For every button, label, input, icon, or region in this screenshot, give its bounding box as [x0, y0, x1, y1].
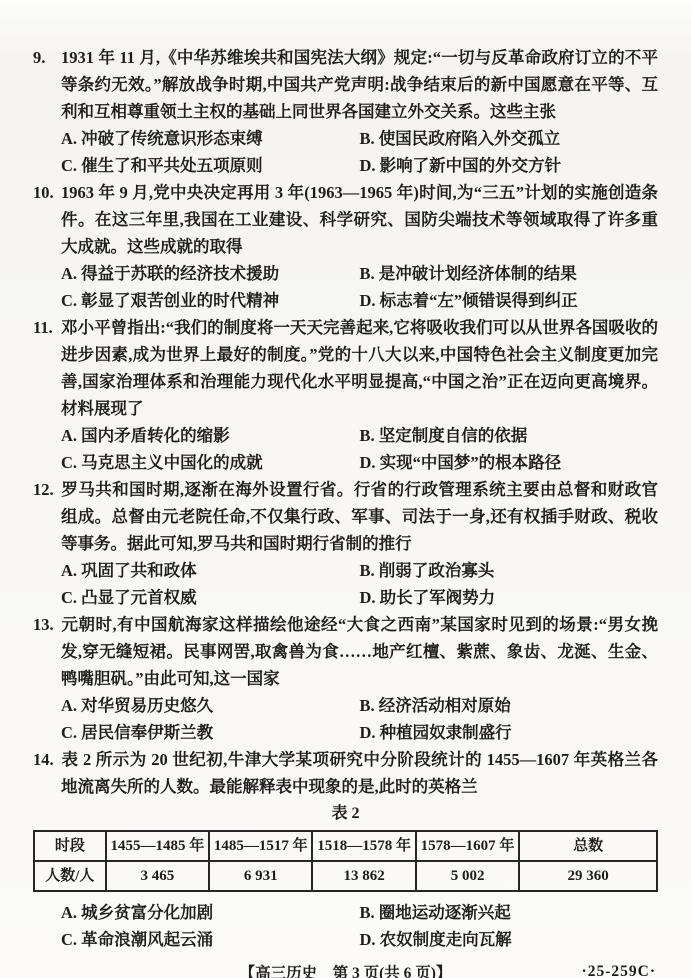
question-text: 1963 年 9 月,党中央决定再用 3 年(1963—1965 年)时间,为“… — [61, 183, 658, 256]
option-c: C. 居民信奉伊斯兰教 — [61, 719, 360, 746]
option-a: A. 国内矛盾转化的缩影 — [61, 422, 360, 449]
table-data-row: 人数/人 3 465 6 931 13 862 5 002 29 360 — [34, 861, 657, 891]
question-options: A. 冲破了传统意识形态束缚 B. 使国民政府陷入外交孤立 C. 催生了和平共处… — [61, 125, 658, 179]
option-b: B. 使国民政府陷入外交孤立 — [360, 125, 659, 152]
question-options: A. 城乡贫富分化加剧 B. 圈地运动逐渐兴起 C. 革命浪潮风起云涌 D. 农… — [61, 899, 658, 953]
question-text: 1931 年 11 月,《中华苏维埃共和国宪法大纲》规定:“一切与反革命政府订立… — [61, 48, 658, 121]
question-options: A. 得益于苏联的经济技术援助 B. 是冲破计划经济体制的结果 C. 彰显了艰苦… — [61, 260, 658, 314]
option-d: D. 助长了军阀势力 — [360, 584, 659, 611]
table-2-caption: 表 2 — [33, 801, 658, 826]
question-stem: 11.邓小平曾指出:“我们的制度将一天天完善起来,它将吸收我们可以从世界各国吸收… — [33, 314, 658, 422]
table-header-cell: 时段 — [34, 831, 106, 861]
option-a: A. 得益于苏联的经济技术援助 — [61, 260, 360, 287]
table-header-row: 时段 1455—1485 年 1485—1517 年 1518—1578 年 1… — [34, 831, 657, 861]
option-d: D. 农奴制度走向瓦解 — [360, 926, 659, 953]
option-c: C. 革命浪潮风起云涌 — [61, 926, 360, 953]
option-b: B. 坚定制度自信的依据 — [360, 422, 659, 449]
option-a: A. 巩固了共和政体 — [61, 557, 360, 584]
question-stem: 9.1931 年 11 月,《中华苏维埃共和国宪法大纲》规定:“一切与反革命政府… — [33, 44, 658, 125]
option-b: B. 是冲破计划经济体制的结果 — [360, 260, 659, 287]
table-header-cell: 1578—1607 年 — [416, 831, 519, 861]
table-header-cell: 1455—1485 年 — [106, 831, 209, 861]
table-data-cell: 13 862 — [312, 861, 415, 891]
question-number: 10. — [33, 179, 61, 206]
question-13: 13.元朝时,有中国航海家这样描绘他途经“大食之西南”某国家时见到的场景:“男女… — [33, 611, 658, 746]
question-12: 12.罗马共和国时期,逐渐在海外设置行省。行省的行政管理系统主要由总督和财政官组… — [33, 476, 658, 611]
question-number: 14. — [33, 746, 61, 773]
question-10: 10.1963 年 9 月,党中央决定再用 3 年(1963—1965 年)时间… — [33, 179, 658, 314]
footer-subject-page: 【高三历史 第 3 页(共 6 页)】 — [33, 962, 658, 978]
option-c: C. 彰显了艰苦创业的时代精神 — [61, 287, 360, 314]
option-d: D. 影响了新中国的外交方针 — [360, 152, 659, 179]
option-d: D. 实现“中国梦”的根本路径 — [360, 449, 659, 476]
table-data-cell: 3 465 — [106, 861, 209, 891]
option-a: A. 城乡贫富分化加剧 — [61, 899, 360, 926]
question-text: 邓小平曾指出:“我们的制度将一天天完善起来,它将吸收我们可以从世界各国吸收的进步… — [61, 318, 658, 418]
question-stem: 14.表 2 所示为 20 世纪初,牛津大学某项研究中分阶段统计的 1455—1… — [33, 746, 658, 800]
table-data-cell: 6 931 — [209, 861, 312, 891]
option-d: D. 标志着“左”倾错误得到纠正 — [360, 287, 659, 314]
question-options: A. 巩固了共和政体 B. 削弱了政治寡头 C. 凸显了元首权威 D. 助长了军… — [61, 557, 658, 611]
option-c: C. 凸显了元首权威 — [61, 584, 360, 611]
question-options: A. 对华贸易历史悠久 B. 经济活动相对原始 C. 居民信奉伊斯兰教 D. 种… — [61, 692, 658, 746]
option-a: A. 对华贸易历史悠久 — [61, 692, 360, 719]
question-text: 元朝时,有中国航海家这样描绘他途经“大食之西南”某国家时见到的场景:“男女挽发,… — [61, 615, 658, 688]
exam-page: 9.1931 年 11 月,《中华苏维埃共和国宪法大纲》规定:“一切与反革命政府… — [0, 0, 691, 978]
page-footer: 【高三历史 第 3 页(共 6 页)】 ·25-259C· — [33, 962, 658, 978]
question-text: 罗马共和国时期,逐渐在海外设置行省。行省的行政管理系统主要由总督和财政官组成。总… — [61, 480, 658, 553]
question-number: 11. — [33, 314, 61, 341]
question-stem: 12.罗马共和国时期,逐渐在海外设置行省。行省的行政管理系统主要由总督和财政官组… — [33, 476, 658, 557]
question-number: 12. — [33, 476, 61, 503]
table-header-cell: 1485—1517 年 — [209, 831, 312, 861]
question-stem: 13.元朝时,有中国航海家这样描绘他途经“大食之西南”某国家时见到的场景:“男女… — [33, 611, 658, 692]
question-number: 9. — [33, 44, 61, 71]
option-b: B. 削弱了政治寡头 — [360, 557, 659, 584]
option-b: B. 经济活动相对原始 — [360, 692, 659, 719]
question-9: 9.1931 年 11 月,《中华苏维埃共和国宪法大纲》规定:“一切与反革命政府… — [33, 44, 658, 179]
question-options: A. 国内矛盾转化的缩影 B. 坚定制度自信的依据 C. 马克思主义中国化的成就… — [61, 422, 658, 476]
table-header-cell: 1518—1578 年 — [312, 831, 415, 861]
option-d: D. 种植园奴隶制盛行 — [360, 719, 659, 746]
footer-paper-code: ·25-259C· — [582, 960, 656, 978]
table-2: 时段 1455—1485 年 1485—1517 年 1518—1578 年 1… — [33, 830, 658, 892]
question-14: 14.表 2 所示为 20 世纪初,牛津大学某项研究中分阶段统计的 1455—1… — [33, 746, 658, 953]
question-stem: 10.1963 年 9 月,党中央决定再用 3 年(1963—1965 年)时间… — [33, 179, 658, 260]
table-header-cell: 总数 — [519, 831, 657, 861]
question-text: 表 2 所示为 20 世纪初,牛津大学某项研究中分阶段统计的 1455—1607… — [61, 750, 658, 796]
option-b: B. 圈地运动逐渐兴起 — [360, 899, 659, 926]
question-11: 11.邓小平曾指出:“我们的制度将一天天完善起来,它将吸收我们可以从世界各国吸收… — [33, 314, 658, 476]
option-c: C. 马克思主义中国化的成就 — [61, 449, 360, 476]
table-data-cell: 5 002 — [416, 861, 519, 891]
question-number: 13. — [33, 611, 61, 638]
option-a: A. 冲破了传统意识形态束缚 — [61, 125, 360, 152]
table-row-label: 人数/人 — [34, 861, 106, 891]
table-data-cell: 29 360 — [519, 861, 657, 891]
option-c: C. 催生了和平共处五项原则 — [61, 152, 360, 179]
